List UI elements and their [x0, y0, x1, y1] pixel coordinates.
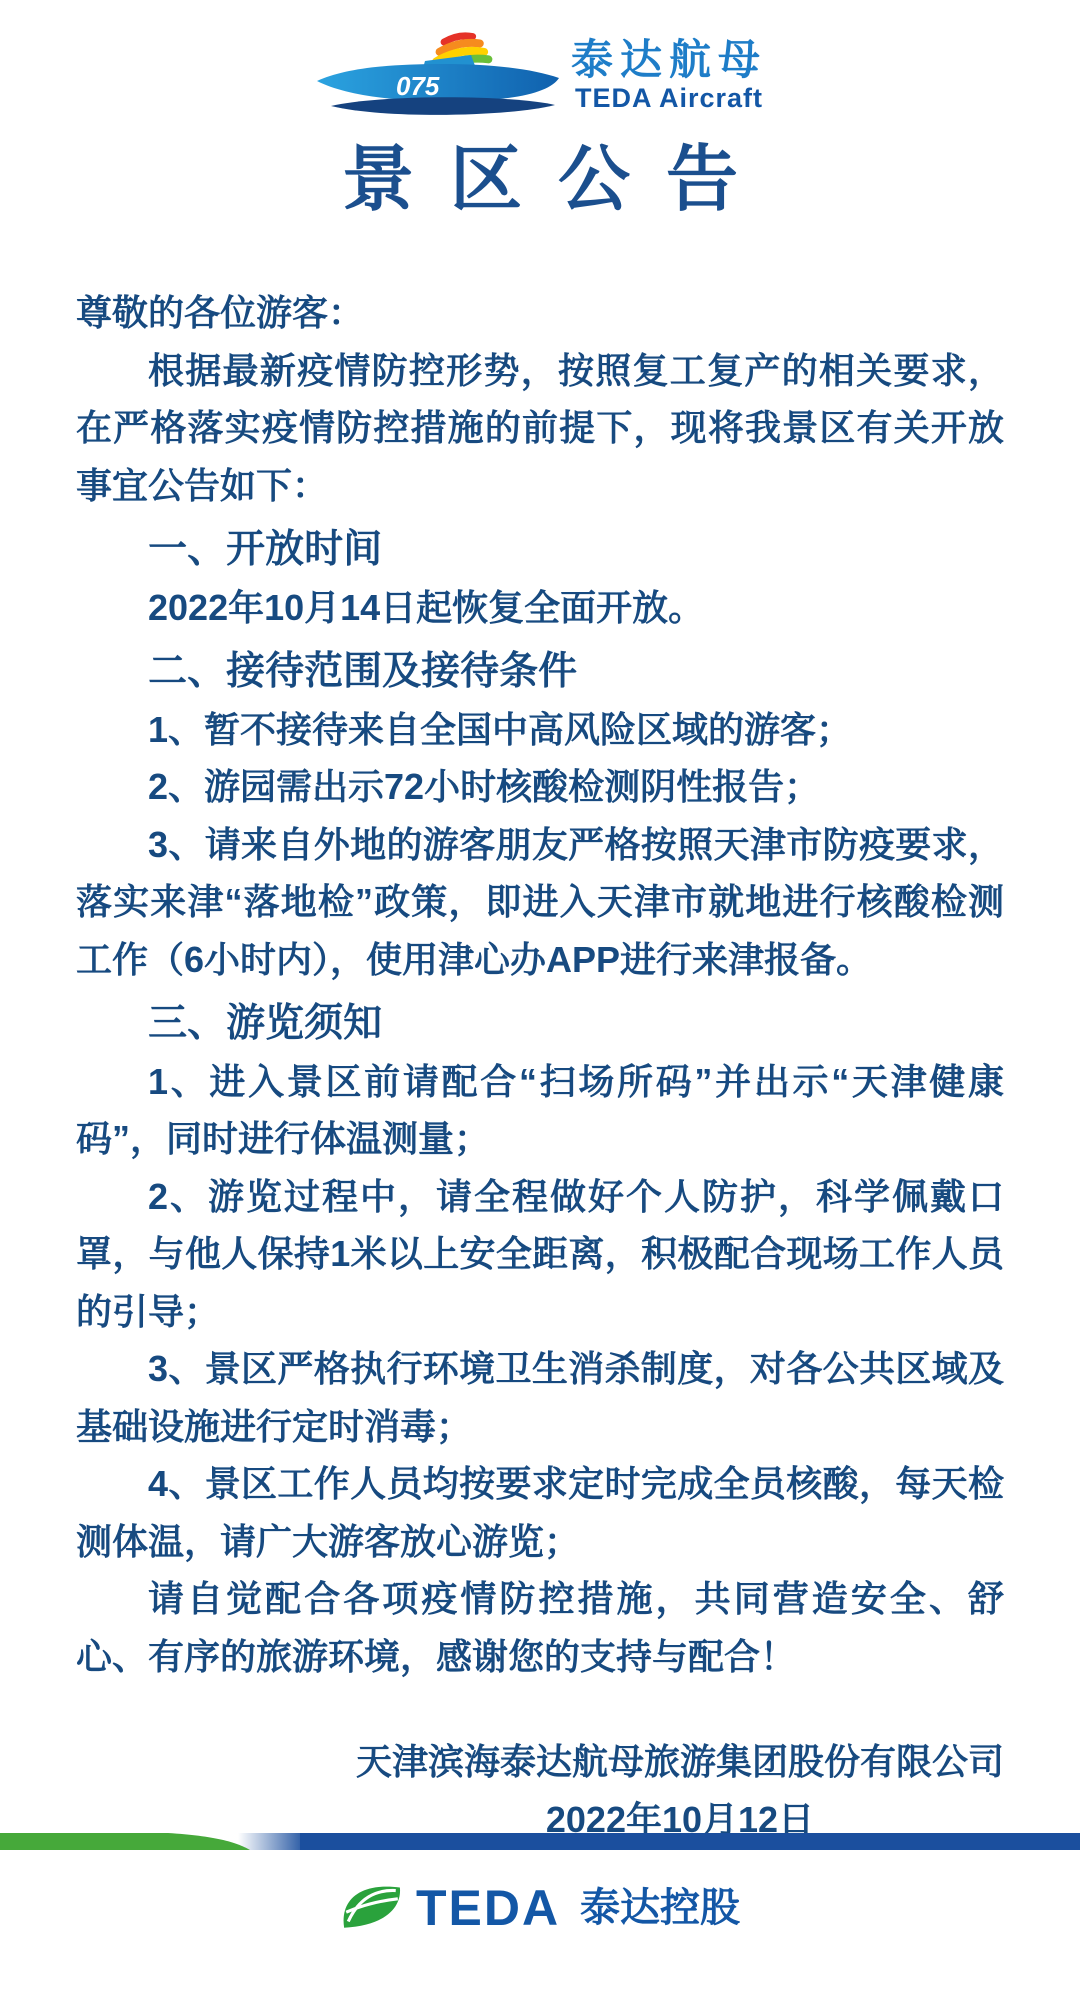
footer-divider-bar: [0, 1833, 1080, 1850]
section-3-item-2: 2、游览过程中，请全程做好个人防护，科学佩戴口罩，与他人保持1米以上安全距离，积…: [76, 1168, 1004, 1341]
company-name: 天津滨海泰达航母旅游集团股份有限公司: [356, 1733, 1004, 1791]
header-logo: 075 泰达航母 TEDA Aircraft: [0, 0, 1080, 118]
announcement-body: 尊敬的各位游客： 根据最新疫情防控形势，按照复工复产的相关要求，在严格落实疫情防…: [0, 284, 1080, 1685]
section-3-item-1: 1、进入景区前请配合“扫场所码”并出示“天津健康码”，同时进行体温测量；: [76, 1053, 1004, 1168]
section-2-heading: 二、接待范围及接待条件: [76, 643, 1004, 701]
brand-name-cn: 泰达航母: [571, 39, 767, 81]
header-brand-text: 泰达航母 TEDA Aircraft: [571, 39, 767, 112]
section-3-item-3: 3、景区严格执行环境卫生消杀制度，对各公共区域及基础设施进行定时消毒；: [76, 1340, 1004, 1455]
ship-number-label: 075: [396, 71, 440, 101]
section-2-item-3: 3、请来自外地的游客朋友严格按照天津市防疫要求，落实来津“落地检”政策，即进入天…: [76, 816, 1004, 989]
footer-brand-en: TEDA: [416, 1883, 560, 1933]
section-3-heading: 三、游览须知: [76, 995, 1004, 1053]
section-3-item-4: 4、景区工作人员均按要求定时完成全员核酸，每天检测体温，请广大游客放心游览；: [76, 1455, 1004, 1570]
section-2-item-1: 1、暂不接待来自全国中高风险区域的游客；: [76, 701, 1004, 759]
salutation: 尊敬的各位游客：: [76, 284, 1004, 342]
announcement-page: 075 泰达航母 TEDA Aircraft 景区公告 尊敬的各位游客： 根据最…: [0, 0, 1080, 1997]
aircraft-carrier-logo-icon: 075: [313, 31, 563, 119]
section-2-item-2: 2、游园需出示72小时核酸检测阴性报告；: [76, 758, 1004, 816]
section-1-item-1: 2022年10月14日起恢复全面开放。: [76, 579, 1004, 637]
intro-paragraph: 根据最新疫情防控形势，按照复工复产的相关要求，在严格落实疫情防控措施的前提下，现…: [76, 342, 1004, 515]
section-1-heading: 一、开放时间: [76, 521, 1004, 579]
footer-logo: TEDA 泰达控股: [0, 1878, 1080, 1937]
footer-brand-cn: 泰达控股: [580, 1888, 740, 1928]
brand-name-en: TEDA Aircraft: [575, 85, 763, 112]
closing-paragraph: 请自觉配合各项疫情防控措施，共同营造安全、舒心、有序的旅游环境，感谢您的支持与配…: [76, 1570, 1004, 1685]
signature-block: 天津滨海泰达航母旅游集团股份有限公司 2022年10月12日: [356, 1733, 1004, 1849]
teda-shell-icon: [340, 1878, 404, 1937]
page-title: 景区公告: [0, 144, 1080, 216]
